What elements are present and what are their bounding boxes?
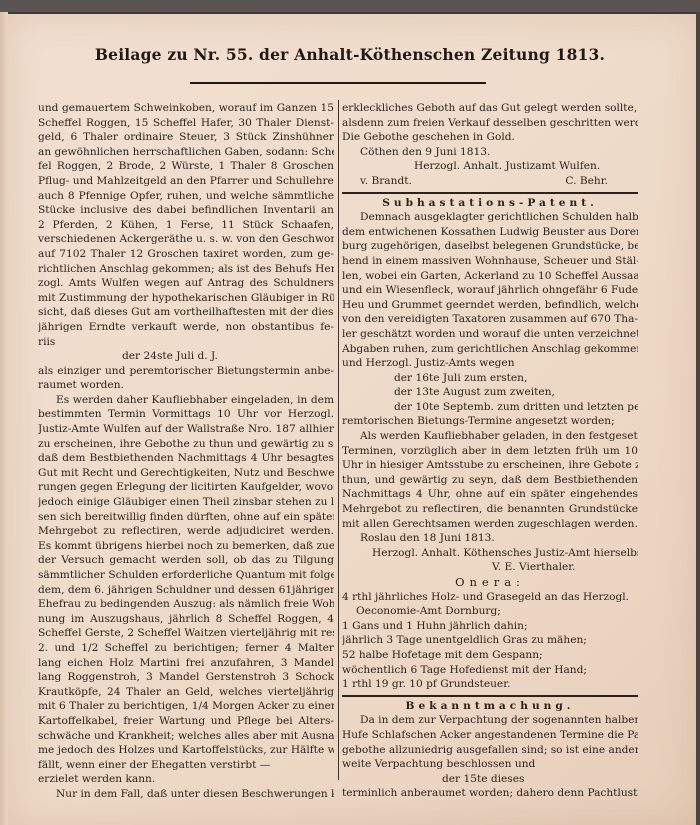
text-line: und gemauertem Schweinkoben, worauf im G… [38,101,334,116]
onera-item: Oeconomie-Amt Dornburg; [342,604,638,619]
paragraph-start: Demnach ausgeklagter gerichtlichen Schul… [342,210,638,225]
text-line: burg zugehörigen, daselbst belegenen Gru… [342,239,638,254]
text-line: Mehrgebot zu reflectiren, werde adjudici… [38,524,334,539]
onera-item: jährlich 3 Tage unentgeldlich Gras zu mä… [342,633,638,648]
onera-title: Onera: [342,575,638,590]
text-line: ler geschätzt worden und worauf die unte… [342,327,638,342]
text-line: auch 8 Pfennige Opfer, ruhen, und welche… [38,189,334,204]
text-line: 2 Pferden, 2 Kühen, 1 Ferse, 11 Stück Sc… [38,218,334,233]
text-line: der Versuch gemacht werden soll, ob das … [38,553,334,568]
signatures: v. Brandt. C. Behr. [342,174,638,189]
page-title: Beilage zu Nr. 55. der Anhalt-Köthensche… [0,45,700,64]
text-line: terminlich anberaumet worden; dahero den… [342,786,638,801]
header-divider [190,82,486,84]
text-line: schwäche und Krankheit; welches alles ab… [38,729,334,744]
text-line: jedoch einige Gläubiger einen Theil zins… [38,495,334,510]
section-title: Subhastations-Patent. [342,196,638,211]
right-column: erkleckliches Geboth auf das Gut gelegt … [342,101,638,801]
text-line: sen sich bereitwillig finden dürften, oh… [38,510,334,525]
text-line: Terminen, vorzüglich aber in dem letzten… [342,444,638,459]
onera-item: 52 halbe Hofetage mit dem Gespann; [342,648,638,663]
signatory: V. E. Vierthaler. [342,560,638,575]
text-line: dem, dem 6. jährigen Schuldner und desse… [38,583,334,598]
page-edge-right [696,12,700,825]
text-line: dem entwichenen Kossathen Ludwig Beuster… [342,225,638,240]
text-line: und ein Wiesenfleck, worauf jährlich ohn… [342,283,638,298]
text-line: Stücke inclusive des dabei befindlichen … [38,203,334,218]
text-line: sämmtlicher Schulden erforderliche Quant… [38,568,334,583]
text-line: weite Verpachtung beschlossen und [342,757,638,772]
text-line: erkleckliches Geboth auf das Gut gelegt … [342,101,638,116]
text-line: auf 7102 Thaler 12 Groschen taxiret word… [38,247,334,262]
text-line: Heu und Grummet geerndet werden, befindl… [342,298,638,313]
text-line: Gut mit Recht und Gerechtigkeiten, Nutz … [38,466,334,481]
text-line: raumet worden. [38,378,334,393]
text-line: von den vereidigten Taxatoren zusammen a… [342,312,638,327]
section-divider [342,192,638,194]
text-line: an gewöhnlichen herrschaftlichen Gaben, … [38,145,334,160]
text-line: mit Zustimmung der hypothekarischen Gläu… [38,291,334,306]
text-line: thun, und gewärtig zu seyn, daß dem Best… [342,473,638,488]
signatory: v. Brandt. [360,174,412,189]
text-line: Scheffel Gerste, 2 Scheffel Waitzen vier… [38,626,334,641]
left-column: und gemauertem Schweinkoben, worauf im G… [38,101,334,802]
text-line: richtlichen Anschlag gekommen; als ist d… [38,262,334,277]
text-line: hend in einem massiven Wohnhause, Scheue… [342,254,638,269]
text-line: me jedoch des Holzes und Kartoffelstücks… [38,743,334,758]
text-line: sicht, daß dieses Gut am vortheilhaftest… [38,305,334,320]
lease-date: der 15te dieses [342,772,638,787]
text-line: zu erscheinen, ihre Gebothe zu thun und … [38,437,334,452]
text-line: Ehefrau zu bedingenden Auszug: als nämli… [38,597,334,612]
text-line: Scheffel Roggen, 15 Scheffel Hafer, 30 T… [38,116,334,131]
text-line: fällt, wenn einer der Ehegatten verstirb… [38,758,334,773]
paragraph-start: Als werden Kaufliebhaber geladen, in den… [342,429,638,444]
text-line: Kartoffelkabel, freier Wartung und Pfleg… [38,714,334,729]
onera-item: wöchentlich 6 Tage Hofedienst mit der Ha… [342,663,638,678]
text-line: remtorischen Bietungs-Termine angesetzt … [342,414,638,429]
section-title: Bekanntmachung. [342,699,638,714]
text-line: riis [38,335,334,350]
text-line: geld, 6 Thaler ordinaire Steuer, 3 Stück… [38,130,334,145]
paragraph-start: Da in dem zur Verpachtung der sogenannte… [342,713,638,728]
text-line: 2. und 1/2 Scheffel zu berichtigen; fern… [38,641,334,656]
text-line: mit allen Gerechtsamen werden zugeschlag… [342,517,638,532]
text-line: erzielet werden kann. [38,772,334,787]
text-line: jährigen Erndte verkauft werde, non obst… [38,320,334,335]
authority-line: Herzogl. Anhalt. Justizamt Wulfen. [342,159,638,174]
text-line: lang Roggenstroh, 3 Mandel Gerstenstroh … [38,670,334,685]
text-line: bestimmten Termin Vormittags 10 Uhr vor … [38,407,334,422]
signatory: C. Behr. [565,174,608,189]
text-line: Pflug- und Mahlzeitgeld an den Pfarrer u… [38,174,334,189]
auction-term: der 10te Septemb. zum dritten und letzte… [342,400,638,415]
onera-item: 1 rthl 19 gr. 10 pf Grundsteuer. [342,677,638,692]
place-date: Cöthen den 9 Juni 1813. [342,145,638,160]
text-line: nung im Auszugshaus, jährlich 8 Scheffel… [38,612,334,627]
text-line: lang eichen Holz Martini frei anzufahren… [38,656,334,671]
place-date: Roslau den 18 Juni 1813. [342,531,638,546]
authority-line: Herzogl. Anhalt. Köthensches Justiz-Amt … [342,546,638,561]
text-line: Nachmittags 4 Uhr, ohne auf ein später e… [342,487,638,502]
text-line: mit 6 Thaler zu berichtigen, 1/4 Morgen … [38,699,334,714]
text-line: zogl. Amts Wulfen wegen auf Antrag des S… [38,276,334,291]
text-line: Mehrgebot zu reflectiren, die benannten … [342,502,638,517]
column-divider [338,100,339,780]
text-line: Hufe Schlafschen Acker angestandenen Ter… [342,728,638,743]
paragraph-start: Nur in dem Fall, daß unter diesen Beschw… [38,787,334,802]
onera-item: 4 rthl jährliches Holz- und Grasegeld an… [342,590,638,605]
auction-term: der 13te August zum zweiten, [342,385,638,400]
text-line: alsdenn zum freien Verkauf desselben ges… [342,116,638,131]
text-line: len, wobei ein Garten, Ackerland zu 10 S… [342,269,638,284]
text-line: und Herzogl. Justiz-Amts wegen [342,356,638,371]
auction-term: der 16te Juli zum ersten, [342,371,638,386]
text-line: als einziger und peremtorischer Bietungs… [38,364,334,379]
auction-date: der 24ste Juli d. J. [38,349,334,364]
text-line: Es kommt übrigens hierbei noch zu bemerk… [38,539,334,554]
text-line: Abgaben ruhen, zum gerichtlichen Anschla… [342,342,638,357]
text-line: Uhr in hiesiger Amtsstube zu erscheinen,… [342,458,638,473]
text-line: daß dem Bestbiethenden Nachmittags 4 Uhr… [38,451,334,466]
paragraph-start: Es werden daher Kaufliebhaber eingeladen… [38,393,334,408]
text-line: gebothe allzuniedrig ausgefallen sind; s… [342,743,638,758]
text-line: rungen gegen Erlegung der licitirten Kau… [38,480,334,495]
text-line: Die Gebothe geschehen in Gold. [342,130,638,145]
text-line: verschiedenen Ackergeräthe u. s. w. von … [38,232,334,247]
onera-item: 1 Gans und 1 Huhn jährlich dahin; [342,619,638,634]
text-line: Justiz-Amte Wulfen auf der Wallstraße Nr… [38,422,334,437]
section-divider [342,695,638,697]
text-line: fel Roggen, 2 Brode, 2 Würste, 1 Thaler … [38,159,334,174]
text-line: Krautköpfe, 24 Thaler an Geld, welches v… [38,685,334,700]
